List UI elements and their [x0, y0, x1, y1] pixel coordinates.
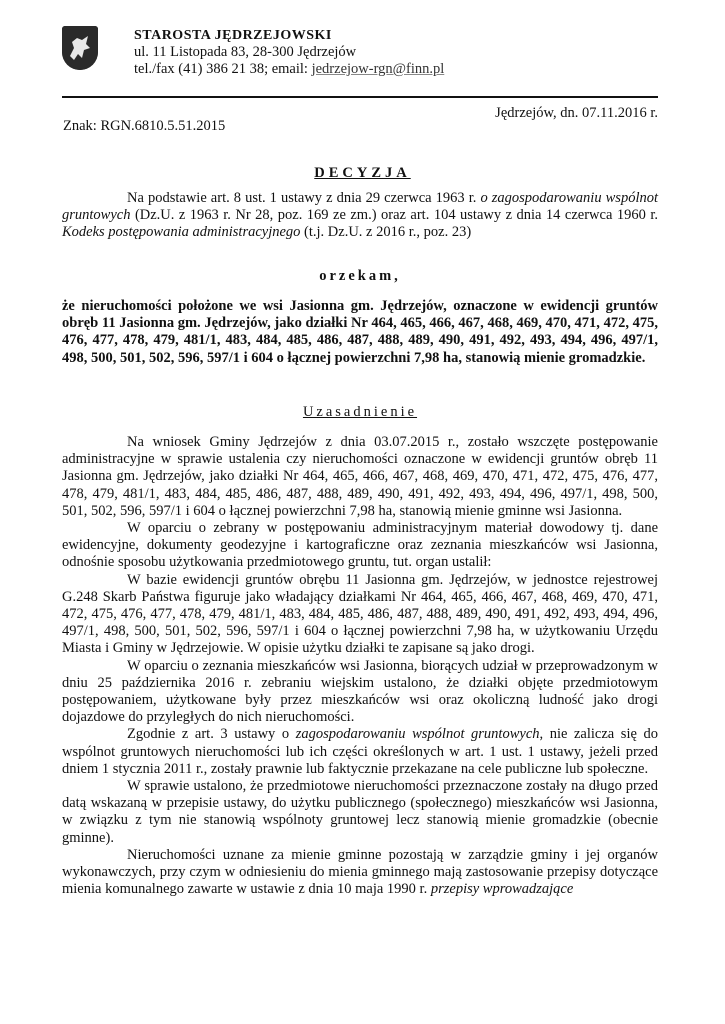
reference-number: Znak: RGN.6810.5.51.2015: [63, 118, 225, 135]
paragraph: Zgodnie z art. 3 ustawy o zagospodarowan…: [62, 726, 658, 778]
document-title: DECYZJA: [0, 165, 725, 182]
justification-heading: Uzasadnienie: [62, 404, 658, 421]
paragraph: W bazie ewidencji gruntów obrębu 11 Jasi…: [62, 572, 658, 658]
header-divider: [62, 96, 658, 98]
paragraph: Nieruchomości uznane za mienie gminne po…: [62, 847, 658, 899]
justification-body: Na wniosek Gminy Jędrzejów z dnia 03.07.…: [62, 434, 658, 898]
ruling-text: że nieruchomości położone we wsi Jasionn…: [62, 298, 658, 367]
letterhead: STAROSTA JĘDRZEJOWSKI ul. 11 Listopada 8…: [134, 27, 444, 78]
paragraph: Na wniosek Gminy Jędrzejów z dnia 03.07.…: [62, 434, 658, 520]
document-date: Jędrzejów, dn. 07.11.2016 r.: [495, 105, 658, 122]
institution-contact: tel./fax (41) 386 21 38; email: jedrzejo…: [134, 61, 444, 78]
legal-basis: Na podstawie art. 8 ust. 1 ustawy z dnia…: [62, 190, 658, 242]
institution-name: STAROSTA JĘDRZEJOWSKI: [134, 27, 444, 44]
paragraph: W oparciu o zebrany w postępowaniu admin…: [62, 520, 658, 572]
email-link[interactable]: jedrzejow-rgn@finn.pl: [312, 61, 445, 77]
institution-address: ul. 11 Listopada 83, 28-300 Jędrzejów: [134, 44, 444, 61]
paragraph: W sprawie ustalono, że przedmiotowe nier…: [62, 778, 658, 847]
ruling-heading: orzekam,: [62, 268, 658, 285]
coat-of-arms-icon: [62, 26, 98, 70]
griffin-icon: [62, 26, 98, 70]
paragraph: W oparciu o zeznania mieszkańców wsi Jas…: [62, 658, 658, 727]
